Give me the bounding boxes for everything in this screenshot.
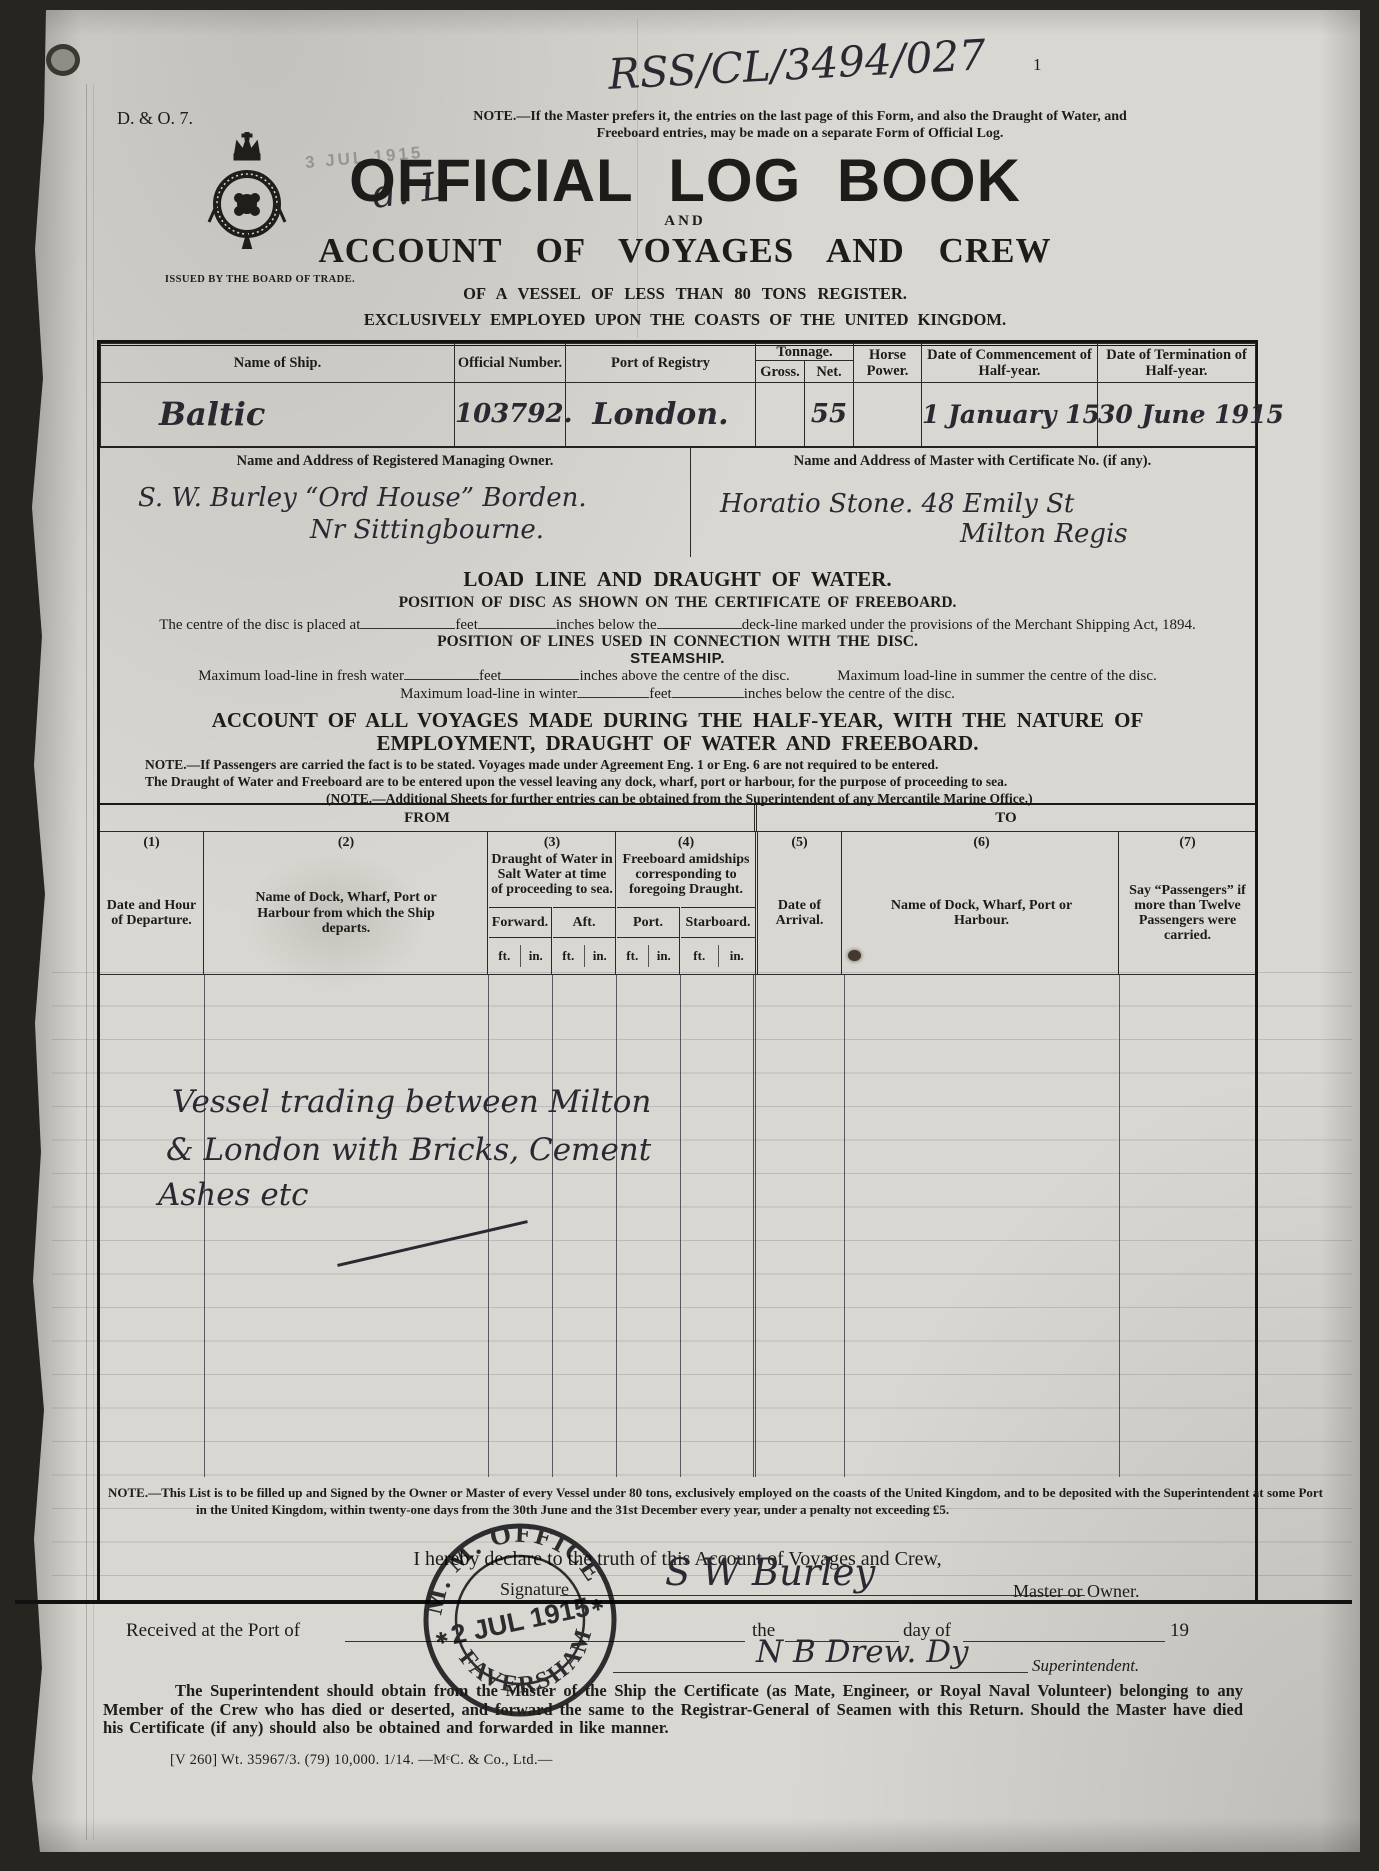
column-line (488, 974, 489, 1477)
winter-line: Maximum load-line in winterfeetinches be… (100, 685, 1255, 703)
voyages-header-row: (1) Date and Hour of Departure. (2) Name… (100, 831, 1255, 975)
page-number: 1 (1033, 55, 1042, 75)
disc-seg2: inches below the (556, 617, 657, 633)
header-gross: Gross. (756, 361, 805, 383)
ship-name-value: Baltic (159, 395, 265, 433)
heavy-rule (15, 1600, 1352, 1604)
col7-number: (7) (1179, 835, 1195, 850)
port-subheader: Port. (617, 907, 680, 937)
commencement-value: 1 January 15 (922, 400, 1100, 429)
voyage-entry-line3: Ashes etc (158, 1177, 309, 1213)
from-to-divider (753, 974, 756, 1477)
in-label: in. (521, 949, 552, 963)
disc-feet-word: feet (455, 617, 477, 633)
owner-label: Name and Address of Registered Managing … (100, 447, 690, 470)
main-title: OFFICIAL LOG BOOK (300, 146, 1070, 215)
pen-flourish (337, 1220, 528, 1267)
winter-inches-blank (672, 685, 744, 698)
master-cell: Name and Address of Master with Certific… (690, 447, 1255, 557)
load-line-title: LOAD LINE AND DRAUGHT OF WATER. (100, 567, 1255, 592)
superintendent-rule (613, 1672, 1028, 1673)
col2-number: (2) (338, 835, 354, 850)
ft-label: ft. (617, 945, 649, 967)
termination-value: 30 June 1915 (1098, 400, 1284, 429)
account-heading-2: EMPLOYMENT, DRAUGHT OF WATER AND FREEBOA… (100, 731, 1255, 756)
col5-header: (5) Date of Arrival. (755, 831, 842, 974)
coasts-line: EXCLUSIVELY EMPLOYED UPON THE COASTS OF … (300, 310, 1070, 330)
deposit-note: NOTE.—This List is to be filled up and S… (108, 1484, 1323, 1519)
official-number-value: 103792. (455, 399, 573, 429)
to-band: TO (757, 805, 1255, 832)
col5-label: Date of Arrival. (758, 898, 841, 928)
header-tonnage: Tonnage. (756, 344, 854, 361)
fresh-inches-blank (501, 667, 579, 680)
col1-label: Date and Hour of Departure. (100, 898, 203, 928)
winter-seg1: Maximum load-line in winter (400, 686, 577, 702)
voyages-table: FROM TO (1) Date and Hour of Departure. … (100, 803, 1255, 1477)
col4-number: (4) (617, 835, 755, 850)
col3-header: (3) Draught of Water in Salt Water at ti… (489, 831, 616, 907)
top-note-line2: Freeboard entries, may be made on a sepa… (597, 126, 1004, 141)
voyages-body: Vessel trading between Milton & London w… (100, 974, 1255, 1477)
winter-feet-blank (577, 685, 649, 698)
column-line (1119, 974, 1120, 1477)
master-or-owner-label: Master or Owner. (1013, 1581, 1139, 1602)
stamp-star-right-icon: ✱ (589, 1596, 606, 1615)
column-line (680, 974, 681, 1477)
top-note: NOTE.—If the Master prefers it, the entr… (425, 108, 1175, 142)
steamship-heading: STEAMSHIP. (100, 650, 1255, 667)
forward-subheader: Forward. (489, 907, 552, 937)
horse-power-value (854, 383, 922, 448)
ft-label: ft. (489, 945, 521, 967)
superintendent-instructions: The Superintendent should obtain from th… (103, 1682, 1243, 1738)
col4-label: Freeboard amidships corresponding to for… (617, 852, 755, 897)
form-code: D. & O. 7. (117, 108, 193, 129)
account-heading-1: ACCOUNT OF ALL VOYAGES MADE DURING THE H… (100, 708, 1255, 733)
master-line1: Horatio Stone. 48 Emily St (720, 489, 1074, 519)
disc-seg1: The centre of the disc is placed at (159, 617, 360, 633)
col7-header: (7) Say “Passengers” if more than Twelve… (1120, 831, 1255, 974)
col6-header: (6) Name of Dock, Wharf, Port or Harbour… (845, 831, 1119, 974)
column-line (552, 974, 553, 1477)
aft-units: ft.in. (553, 937, 616, 974)
gross-tonnage-value (756, 383, 805, 448)
in-label: in. (649, 949, 680, 963)
year-19: 19 (1170, 1620, 1189, 1642)
column-line (204, 974, 205, 1477)
from-band: FROM (100, 805, 757, 832)
column-line (844, 974, 845, 1477)
header-name-of-ship: Name of Ship. (101, 344, 455, 383)
master-label: Name and Address of Master with Certific… (690, 447, 1255, 470)
header-horse-power: Horse Power. (854, 344, 922, 383)
col7-label: Say “Passengers” if more than Twelve Pas… (1120, 883, 1255, 943)
top-note-line1: NOTE.—If the Master prefers it, the entr… (473, 109, 1127, 124)
net-tonnage-value: 55 (811, 399, 847, 429)
column-line (616, 974, 617, 1477)
header-termination: Date of Termination of Half-year. (1098, 344, 1256, 383)
stamp-star-left-icon: ✱ (434, 1629, 451, 1648)
superintendent-signature: N B Drew. Dy (756, 1634, 969, 1670)
punch-hole (46, 44, 80, 76)
subtitle: ACCOUNT OF VOYAGES AND CREW (300, 231, 1070, 271)
header-net: Net. (805, 361, 854, 383)
vessel-line: OF A VESSEL OF LESS THAN 80 TONS REGISTE… (300, 284, 1070, 304)
and-text: AND (300, 213, 1070, 230)
board-of-trade-crest (205, 132, 289, 262)
voyage-entry-line2: & London with Bricks, Cement (166, 1132, 651, 1168)
signature-rule (560, 1595, 1085, 1596)
form-main-box: Name of Ship. Official Number. Port of R… (97, 340, 1258, 1603)
ft-label: ft. (681, 945, 719, 967)
scanned-log-book-page: RSS/CL/3494/027 1 D. & O. 7. NOTE.—If th… (0, 0, 1379, 1871)
fresh-seg2: inches above the centre of the disc. (579, 668, 789, 684)
in-label: in. (719, 949, 756, 963)
superintendent-label: Superintendent. (1032, 1656, 1139, 1676)
account-note-1: NOTE.—If Passengers are carried the fact… (145, 757, 938, 773)
col1-number: (1) (143, 835, 159, 850)
forward-units: ft.in. (489, 937, 552, 974)
summer-seg: Maximum load-line in summer the centre o… (837, 668, 1157, 684)
ship-details-table: Name of Ship. Official Number. Port of R… (100, 343, 1256, 448)
received-at-label: Received at the Port of (126, 1620, 300, 1642)
account-note-2: The Draught of Water and Freeboard are t… (145, 774, 1007, 790)
freshwater-line: Maximum load-line in fresh waterfeetinch… (100, 667, 1255, 685)
master-signature: S W Burley (665, 1551, 875, 1594)
header-official-number: Official Number. (455, 344, 566, 383)
voyage-entry-line1: Vessel trading between Milton (172, 1084, 651, 1120)
col3-label: Draught of Water in Salt Water at time o… (489, 852, 615, 897)
col5-number: (5) (791, 835, 807, 850)
fresh-feet-blank (404, 667, 479, 680)
port-of-registry-value: London. (592, 397, 728, 432)
winter-feet-word: feet (649, 686, 671, 702)
ft-label: ft. (553, 945, 585, 967)
starboard-subheader: Starboard. (681, 907, 755, 937)
owner-line1: S. W. Burley “Ord House” Borden. (138, 483, 587, 513)
fresh-feet-word: feet (479, 668, 501, 684)
col2-label: Name of Dock, Wharf, Port or Harbour fro… (205, 890, 487, 935)
disc-feet-blank (360, 616, 455, 629)
in-label: in. (585, 949, 616, 963)
disc-seg3: deck-line marked under the provisions of… (742, 617, 1196, 633)
month-blank (963, 1641, 1165, 1642)
aft-subheader: Aft. (553, 907, 616, 937)
owner-line2: Nr Sittingbourne. (310, 515, 544, 545)
print-imprint-line: [V 260] Wt. 35967/3. (79) 10,000. 1/14. … (170, 1752, 553, 1769)
starboard-units: ft.in. (681, 937, 755, 974)
winter-seg2: inches below the centre of the disc. (744, 686, 955, 702)
col2-header: (2) Name of Dock, Wharf, Port or Harbour… (205, 831, 488, 974)
disc-deck-blank (657, 616, 742, 629)
fresh-seg1: Maximum load-line in fresh water (198, 668, 404, 684)
lines-heading: POSITION OF LINES USED IN CONNECTION WIT… (100, 633, 1255, 651)
disc-inches-blank (478, 616, 556, 629)
col1-header: (1) Date and Hour of Departure. (100, 831, 204, 974)
master-line2: Milton Regis (960, 519, 1128, 549)
col6-label: Name of Dock, Wharf, Port or Harbour. (845, 898, 1118, 928)
owner-cell: Name and Address of Registered Managing … (100, 447, 691, 557)
disc-position-line: The centre of the disc is placed atfeeti… (100, 616, 1255, 634)
disc-heading: POSITION OF DISC AS SHOWN ON THE CERTIFI… (100, 594, 1255, 612)
header-commencement: Date of Commencement of Half-year. (922, 344, 1098, 383)
owner-master-row: Name and Address of Registered Managing … (100, 447, 1255, 557)
header-port-of-registry: Port of Registry (566, 344, 756, 383)
port-units: ft.in. (617, 937, 680, 974)
col3-number: (3) (489, 835, 615, 850)
col6-number: (6) (973, 835, 989, 850)
col4-header: (4) Freeboard amidships corresponding to… (617, 831, 755, 907)
